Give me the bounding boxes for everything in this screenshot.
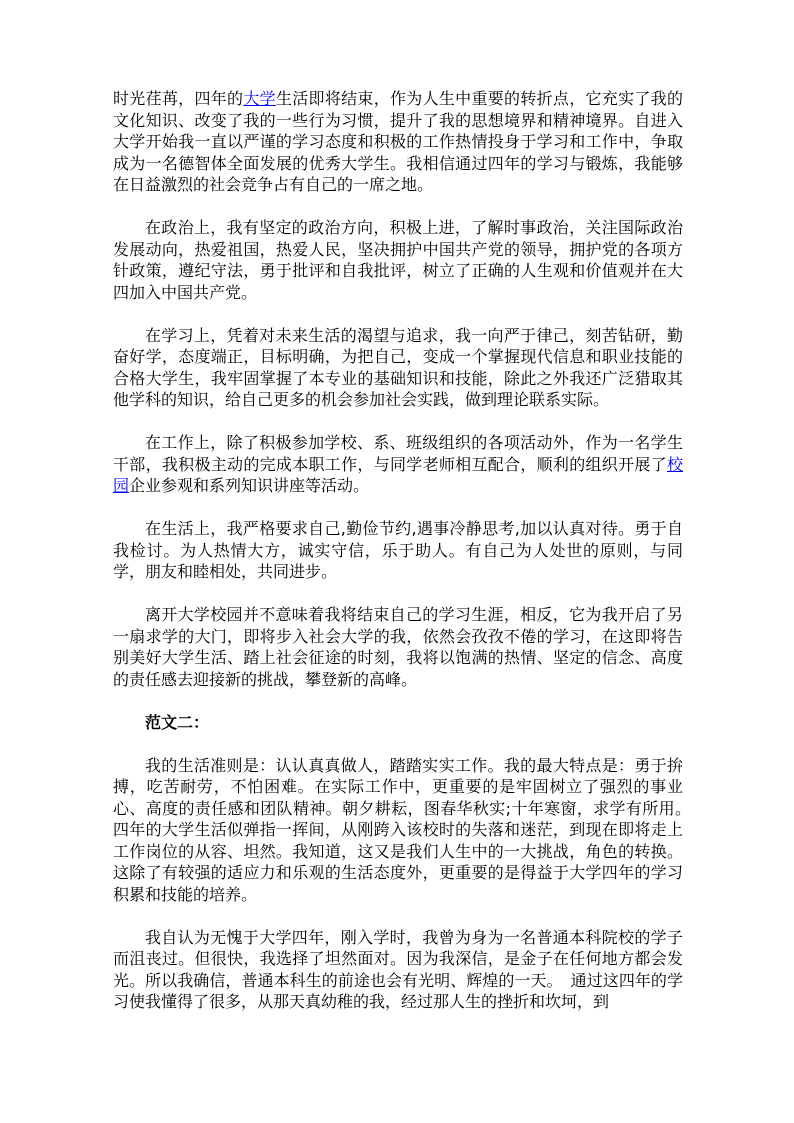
text-run: 在政治上，我有坚定的政治方向，积极上进，了解时事政治，关注国际政治发展动向，热爱… [113, 218, 683, 302]
paragraph-work: 在工作上，除了积极参加学校、系、班级组织的各项活动外，作为一名学生干部，我积极主… [113, 432, 683, 497]
text-run: 在工作上，除了积极参加学校、系、班级组织的各项活动外，作为一名学生干部，我积极主… [113, 433, 683, 474]
paragraph-principles: 我的生活准则是：认认真真做人，踏踏实实工作。我的最大特点是：勇于拚搏，吃苦耐劳，… [113, 755, 683, 906]
text-run: 在学习上，凭着对未来生活的渴望与追求，我一向严于律己，刻苦钻研，勤奋好学，态度端… [113, 326, 683, 410]
paragraph-politics: 在政治上，我有坚定的政治方向，积极上进，了解时事政治，关注国际政治发展动向，热爱… [113, 217, 683, 303]
text-run: 我自认为无愧于大学四年，刚入学时，我曾为身为一名普通本科院校的学子而沮丧过。但很… [113, 928, 683, 1012]
text-run: 时光荏苒，四年的 [113, 89, 243, 108]
text-run: 企业参观和系列知识讲座等活动。 [129, 476, 369, 495]
document-page: 时光荏苒，四年的大学生活即将结束，作为人生中重要的转折点，它充实了我的文化知识、… [0, 0, 794, 1123]
heading-fanwen-2: 范文二： [113, 712, 683, 734]
link-daxue[interactable]: 大学 [243, 89, 276, 108]
paragraph-worthy: 我自认为无愧于大学四年，刚入学时，我曾为身为一名普通本科院校的学子而沮丧过。但很… [113, 927, 683, 1013]
text-run: 我的生活准则是：认认真真做人，踏踏实实工作。我的最大特点是：勇于拚搏，吃苦耐劳，… [113, 756, 699, 904]
document-body: 时光荏苒，四年的大学生活即将结束，作为人生中重要的转折点，它充实了我的文化知识、… [113, 88, 683, 1013]
text-run: 离开大学校园并不意味着我将结束自己的学习生涯，相反，它为我开启了另一扇求学的大门… [113, 605, 683, 689]
text-run: 在生活上，我严格要求自己,勤俭节约,遇事冷静思考,加以认真对待。勇于自我检讨。为… [113, 519, 683, 581]
paragraph-life: 在生活上，我严格要求自己,勤俭节约,遇事冷静思考,加以认真对待。勇于自我检讨。为… [113, 518, 683, 583]
paragraph-study: 在学习上，凭着对未来生活的渴望与追求，我一向严于律己，刻苦钻研，勤奋好学，态度端… [113, 325, 683, 411]
paragraph-leaving: 离开大学校园并不意味着我将结束自己的学习生涯，相反，它为我开启了另一扇求学的大门… [113, 604, 683, 690]
text-run: 范文二： [145, 713, 209, 732]
paragraph-intro: 时光荏苒，四年的大学生活即将结束，作为人生中重要的转折点，它充实了我的文化知识、… [113, 88, 683, 196]
